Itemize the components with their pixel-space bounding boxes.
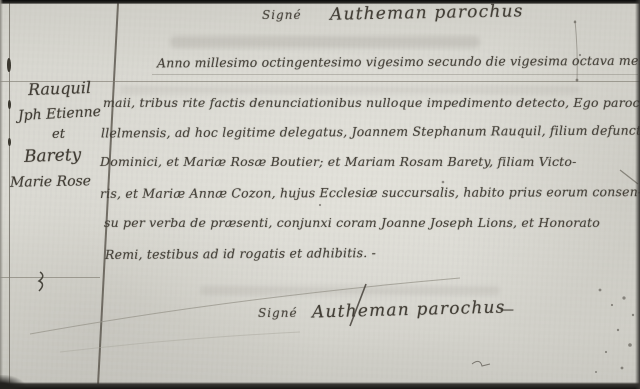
bleed-through-smudge: [170, 36, 480, 48]
body-line: Anno millesimo octingentesimo vigesimo s…: [157, 53, 640, 71]
top-signature-name: Autheman parochus: [330, 1, 524, 24]
body-line: ris, et Mariæ Annæ Cozon, hujus Ecclesiæ…: [100, 184, 640, 201]
body-line: llelmensis, ad hoc legitime delegatus, J…: [101, 123, 640, 141]
scan-edge-bottom: [0, 382, 640, 389]
scan-edge-right: [635, 0, 640, 389]
scan-edge-top: [0, 0, 640, 4]
scan-edge-left: [0, 0, 3, 389]
margin-note-line: Barety: [24, 145, 82, 167]
ink-blot: [8, 100, 11, 109]
ink-blot: [7, 58, 11, 72]
margin-ruling-line: [0, 277, 100, 278]
top-signature-prefix: Signé: [262, 8, 302, 22]
body-line: su per verba de præsenti, conjunxi coram…: [104, 215, 600, 230]
bottom-signature-name: Autheman parochus: [312, 297, 506, 322]
scan-corner-shadow: [0, 375, 26, 389]
bottom-signature-prefix: Signé: [258, 306, 298, 320]
ruling-line-under-first-line: [152, 74, 638, 75]
body-line: maii, tribus rite factis denunciationibu…: [103, 95, 640, 110]
margin-note-line: et: [52, 127, 65, 142]
margin-note-line: Rauquil: [28, 78, 92, 99]
ink-blot: [8, 138, 11, 146]
bottom-signature-flourish: —: [500, 302, 515, 318]
margin-note-line: Marie Rose: [10, 173, 91, 190]
body-line: Dominici, et Mariæ Rosæ Boutier; et Mari…: [100, 154, 577, 169]
body-line: Remi, testibus ad id rogatis et adhibiti…: [105, 245, 376, 262]
scanned-register-page: Signé Autheman parochus Rauquil Jph Etie…: [0, 0, 640, 389]
bleed-through-smudge: [120, 86, 580, 94]
margin-note-line: Jph Etienne: [18, 104, 102, 124]
ruling-line-full-width: [0, 81, 640, 82]
bleed-through-smudge: [200, 286, 500, 295]
